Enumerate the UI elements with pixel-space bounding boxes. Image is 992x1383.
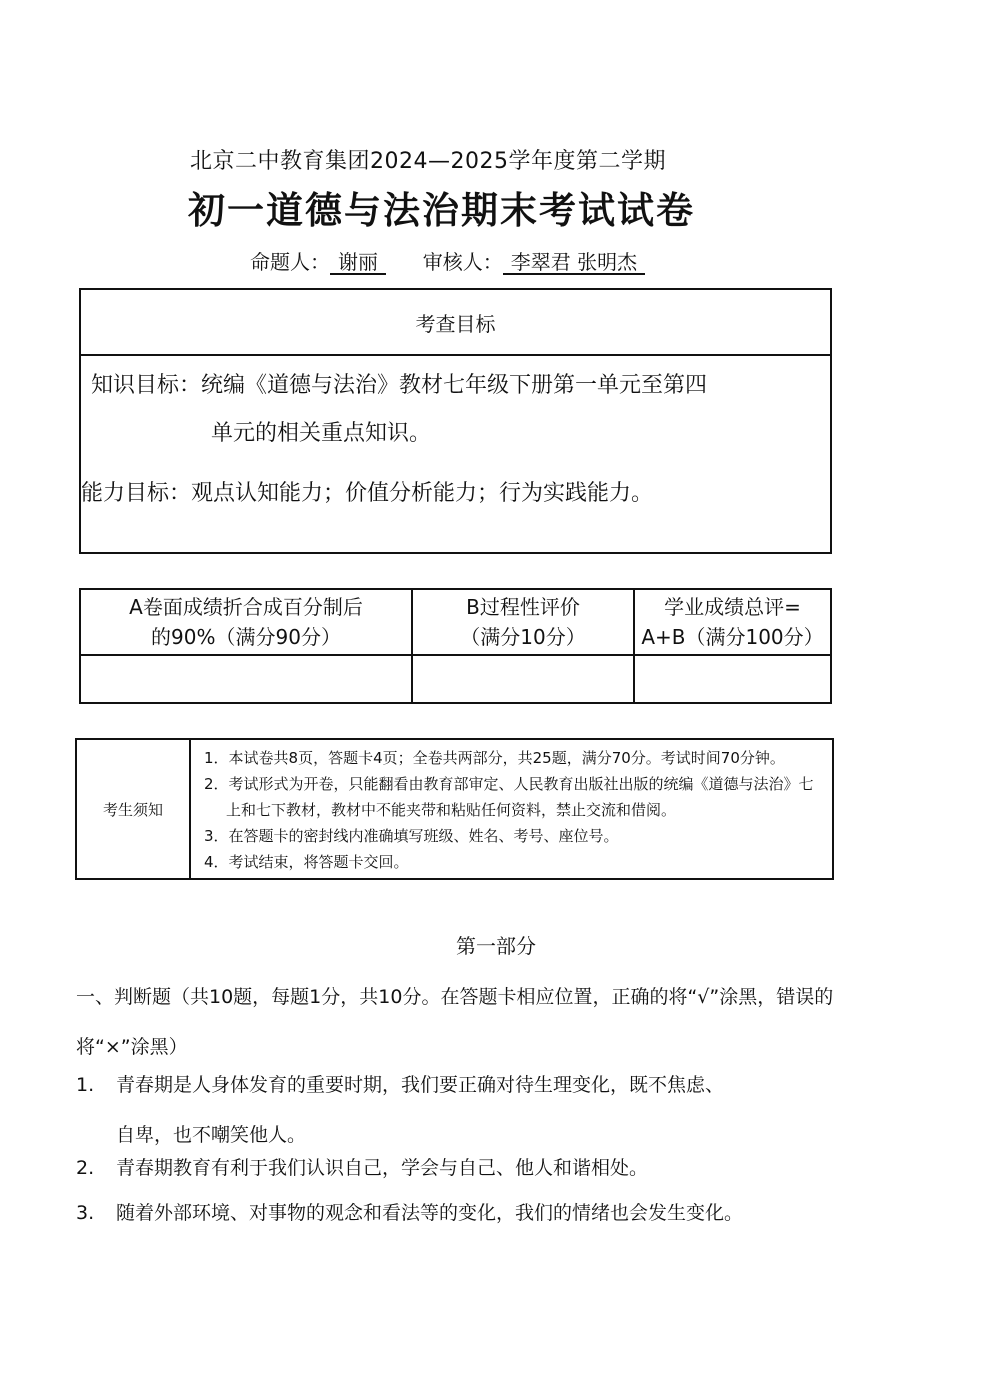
score-col-a: A卷面成绩折合成百分制后的90%（满分90分） <box>80 589 412 655</box>
authors-line: 命题人：谢丽 审核人：李翠君 张明杰 <box>250 246 645 275</box>
ability-goal: 能力目标：观点认知能力；价值分析能力；行为实践能力。 <box>81 476 653 507</box>
score-b-value[interactable] <box>412 655 634 703</box>
notice-item: 3．在答题卡的密封线内准确填写班级、姓名、考号、座位号。 <box>204 823 823 849</box>
goals-heading: 考查目标 <box>81 290 830 356</box>
reviewer-names: 李翠君 张明杰 <box>503 251 645 275</box>
notice-item: 2．考试形式为开卷，只能翻看由教育部审定、人民教育出版社出版的统编《道德与法治》… <box>204 771 823 823</box>
score-col-b: B过程性评价（满分10分） <box>412 589 634 655</box>
question-number: 1. <box>76 1060 116 1110</box>
author-name: 谢丽 <box>330 251 386 275</box>
notice-label: 考生须知 <box>76 739 190 879</box>
score-col-total: 学业成绩总评=A+B（满分100分） <box>634 589 831 655</box>
knowledge-goal: 知识目标：统编《道德与法治》教材七年级下册第一单元至第四 <box>91 368 707 399</box>
exam-goals-box: 考查目标 知识目标：统编《道德与法治》教材七年级下册第一单元至第四 单元的相关重… <box>79 288 832 554</box>
score-col-total-line1: 学业成绩总评= <box>639 592 826 622</box>
notice-item: 1．本试卷共8页，答题卡4页；全卷共两部分，共25题，满分70分。考试时间70分… <box>204 745 823 771</box>
knowledge-goal-text-2: 单元的相关重点知识。 <box>211 416 431 447</box>
score-col-a-line2: 的90%（满分90分） <box>85 622 407 652</box>
notice-item: 4．考试结束，将答题卡交回。 <box>204 849 823 875</box>
score-col-a-line1: A卷面成绩折合成百分制后 <box>85 592 407 622</box>
score-table-header: A卷面成绩折合成百分制后的90%（满分90分） B过程性评价（满分10分） 学业… <box>80 589 831 655</box>
score-total-value[interactable] <box>634 655 831 703</box>
ability-goal-text: 观点认知能力；价值分析能力；行为实践能力。 <box>191 481 653 506</box>
notice-items: 1．本试卷共8页，答题卡4页；全卷共两部分，共25题，满分70分。考试时间70分… <box>190 739 833 879</box>
part-heading: 第一部分 <box>0 930 992 959</box>
knowledge-goal-text-1: 统编《道德与法治》教材七年级下册第一单元至第四 <box>201 373 707 398</box>
score-table-values <box>80 655 831 703</box>
score-a-value[interactable] <box>80 655 412 703</box>
question-text: 随着外部环境、对事物的观念和看法等的变化，我们的情绪也会发生变化。 <box>116 1202 743 1224</box>
exam-title: 初一道德与法治期末考试试卷 <box>188 180 695 234</box>
ability-goal-label: 能力目标： <box>81 481 191 506</box>
exam-subtitle: 北京二中教育集团2024—2025学年度第二学期 <box>190 144 666 175</box>
question-2: 2.青春期教育有利于我们认识自己，学会与自己、他人和谐相处。 <box>76 1143 846 1193</box>
question-number: 3. <box>76 1188 116 1238</box>
question-text: 青春期是人身体发育的重要时期，我们要正确对待生理变化，既不焦虑、 <box>116 1074 724 1096</box>
author-label: 命题人： <box>250 250 330 274</box>
score-table: A卷面成绩折合成百分制后的90%（满分90分） B过程性评价（满分10分） 学业… <box>79 588 832 704</box>
reviewer-label: 审核人： <box>423 250 503 274</box>
question-3: 3.随着外部环境、对事物的观念和看法等的变化，我们的情绪也会发生变化。 <box>76 1188 846 1238</box>
score-col-b-line2: （满分10分） <box>417 622 629 652</box>
score-col-total-line2: A+B（满分100分） <box>639 622 826 652</box>
candidate-notice-table: 考生须知 1．本试卷共8页，答题卡4页；全卷共两部分，共25题，满分70分。考试… <box>75 738 834 880</box>
knowledge-goal-label: 知识目标： <box>91 373 201 398</box>
question-number: 2. <box>76 1143 116 1193</box>
question-text: 青春期教育有利于我们认识自己，学会与自己、他人和谐相处。 <box>116 1157 648 1179</box>
score-col-b-line1: B过程性评价 <box>417 592 629 622</box>
section-title: 一、判断题（共10题，每题1分，共10分。在答题卡相应位置，正确的将“√”涂黑，… <box>76 972 836 1072</box>
